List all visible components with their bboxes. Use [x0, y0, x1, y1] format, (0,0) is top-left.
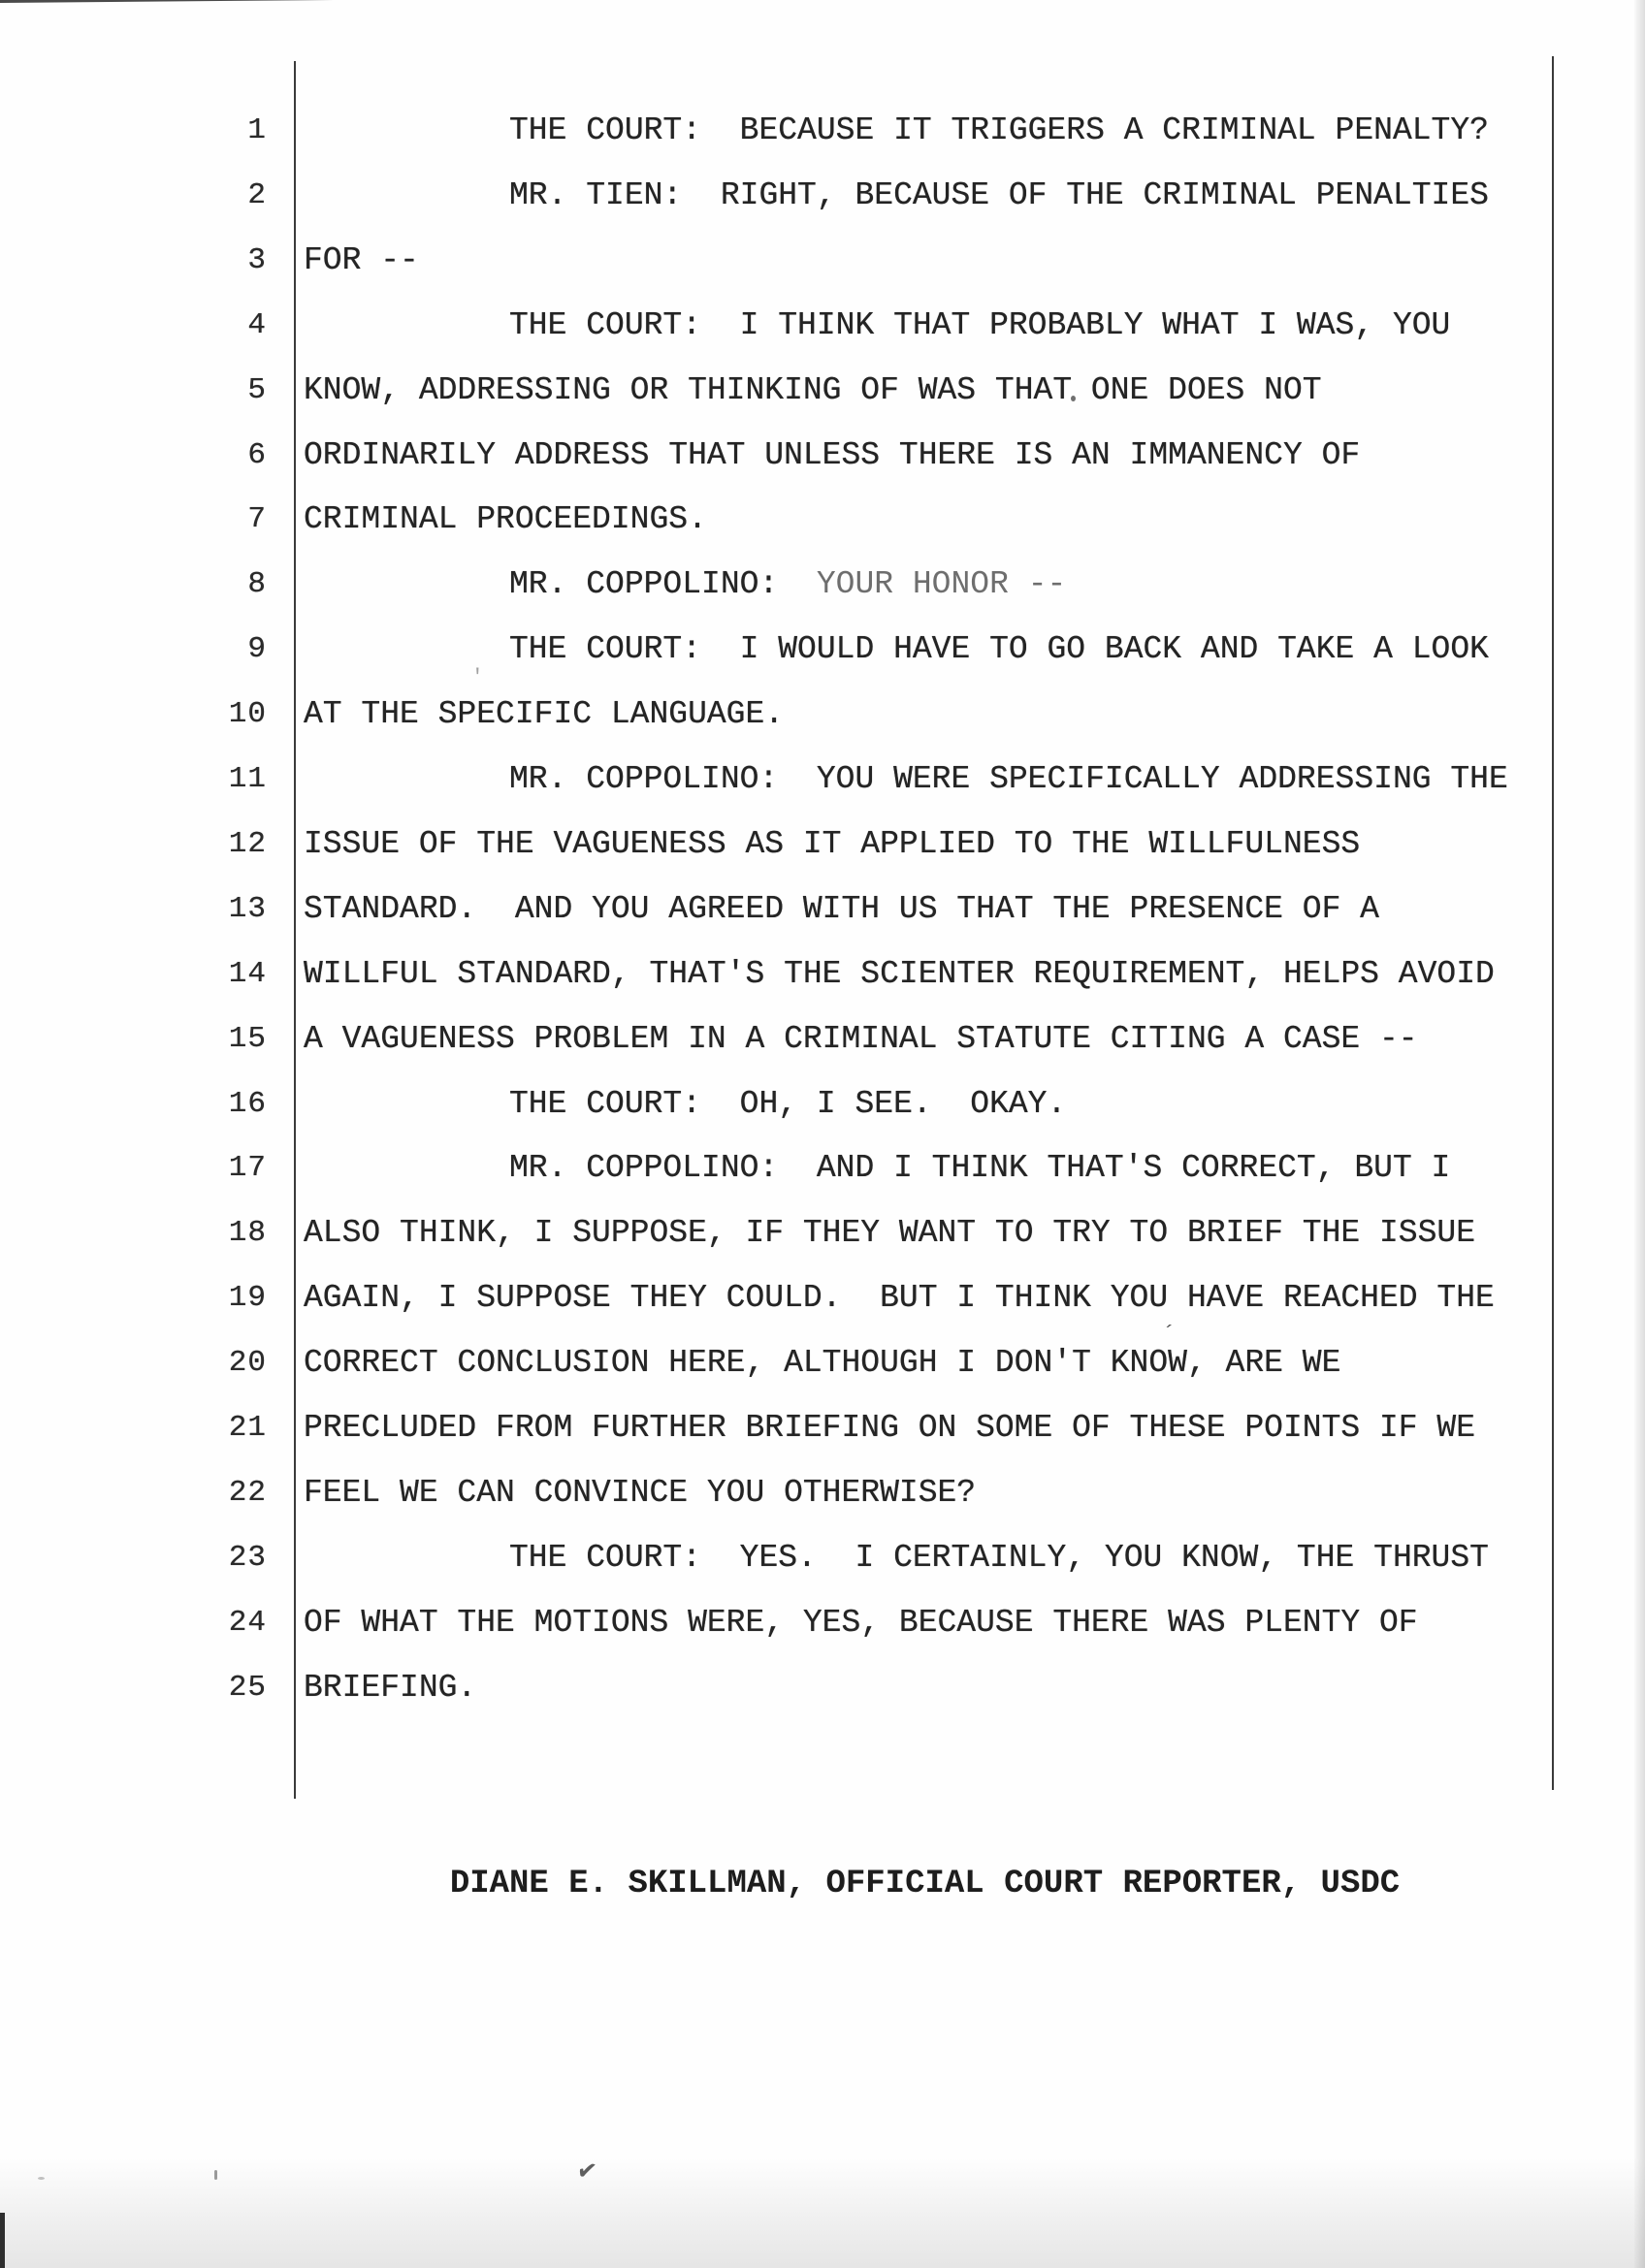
line-text: WILLFUL STANDARD, THAT'S THE SCIENTER RE…	[304, 951, 1495, 998]
line-text: THE COURT: I WOULD HAVE TO GO BACK AND T…	[304, 626, 1489, 673]
line-number: 10	[165, 691, 267, 738]
transcript-line: 8MR. COPPOLINO: YOUR HONOR --	[0, 561, 1645, 608]
line-number: 25	[165, 1665, 267, 1711]
line-text: THE COURT: OH, I SEE. OKAY.	[304, 1081, 1066, 1128]
line-text: ALSO THINK, I SUPPOSE, IF THEY WANT TO T…	[304, 1210, 1475, 1257]
line-number: 6	[165, 432, 267, 479]
line-text: CORRECT CONCLUSION HERE, ALTHOUGH I DON'…	[304, 1340, 1340, 1387]
line-text: FEEL WE CAN CONVINCE YOU OTHERWISE?	[304, 1470, 976, 1517]
line-text-faded: YOUR HONOR --	[817, 566, 1066, 602]
transcript-line: 22FEEL WE CAN CONVINCE YOU OTHERWISE?	[0, 1470, 1645, 1517]
transcript-line: 5KNOW, ADDRESSING OR THINKING OF WAS THA…	[0, 367, 1645, 414]
ink-speck	[214, 2170, 217, 2180]
transcript-line: 10AT THE SPECIFIC LANGUAGE.	[0, 691, 1645, 738]
transcript-line: 17MR. COPPOLINO: AND I THINK THAT'S CORR…	[0, 1145, 1645, 1192]
line-number: 5	[165, 367, 267, 414]
line-number: 21	[165, 1405, 267, 1452]
ink-speck	[38, 2177, 45, 2180]
line-text: PRECLUDED FROM FURTHER BRIEFING ON SOME …	[304, 1405, 1475, 1452]
scan-left-edge-mark	[0, 2213, 5, 2268]
transcript-line: 16THE COURT: OH, I SEE. OKAY.	[0, 1081, 1645, 1128]
transcript-line: 2MR. TIEN: RIGHT, BECAUSE OF THE CRIMINA…	[0, 173, 1645, 219]
line-text: FOR --	[304, 238, 419, 284]
line-text: ISSUE OF THE VAGUENESS AS IT APPLIED TO …	[304, 821, 1360, 868]
ink-mark-apostrophe: ´	[1162, 1323, 1176, 1349]
transcript-page: 1THE COURT: BECAUSE IT TRIGGERS A CRIMIN…	[0, 0, 1645, 2268]
line-number: 15	[165, 1016, 267, 1063]
transcript-line: 24OF WHAT THE MOTIONS WERE, YES, BECAUSE…	[0, 1600, 1645, 1646]
line-number: 8	[165, 561, 267, 608]
transcript-line: 25BRIEFING.	[0, 1665, 1645, 1711]
line-text: THE COURT: I THINK THAT PROBABLY WHAT I …	[304, 303, 1450, 349]
line-text: STANDARD. AND YOU AGREED WITH US THAT TH…	[304, 886, 1379, 933]
line-number: 20	[165, 1340, 267, 1387]
line-number: 14	[165, 951, 267, 998]
line-number: 19	[165, 1275, 267, 1322]
line-text: A VAGUENESS PROBLEM IN A CRIMINAL STATUT…	[304, 1016, 1418, 1063]
line-number: 18	[165, 1210, 267, 1257]
ink-speck	[1071, 396, 1076, 401]
line-text: THE COURT: YES. I CERTAINLY, YOU KNOW, T…	[304, 1535, 1489, 1581]
transcript-line: 9THE COURT: I WOULD HAVE TO GO BACK AND …	[0, 626, 1645, 673]
transcript-line: 6ORDINARILY ADDRESS THAT UNLESS THERE IS…	[0, 432, 1645, 479]
line-text: CRIMINAL PROCEEDINGS.	[304, 496, 707, 543]
transcript-line: 11MR. COPPOLINO: YOU WERE SPECIFICALLY A…	[0, 756, 1645, 803]
transcript-line: 23THE COURT: YES. I CERTAINLY, YOU KNOW,…	[0, 1535, 1645, 1581]
transcript-line: 13STANDARD. AND YOU AGREED WITH US THAT …	[0, 886, 1645, 933]
line-text: KNOW, ADDRESSING OR THINKING OF WAS THAT…	[304, 367, 1322, 414]
line-text-main: MR. COPPOLINO:	[509, 566, 817, 602]
transcript-line: 1THE COURT: BECAUSE IT TRIGGERS A CRIMIN…	[0, 108, 1645, 154]
transcript-line: 14WILLFUL STANDARD, THAT'S THE SCIENTER …	[0, 951, 1645, 998]
reporter-footer: DIANE E. SKILLMAN, OFFICIAL COURT REPORT…	[296, 1861, 1554, 1907]
line-number: 17	[165, 1145, 267, 1192]
line-text: MR. TIEN: RIGHT, BECAUSE OF THE CRIMINAL…	[304, 173, 1489, 219]
transcript-line: 12ISSUE OF THE VAGUENESS AS IT APPLIED T…	[0, 821, 1645, 868]
line-number: 12	[165, 821, 267, 868]
transcript-line: 3FOR --	[0, 238, 1645, 284]
transcript-line: 4THE COURT: I THINK THAT PROBABLY WHAT I…	[0, 303, 1645, 349]
line-number: 7	[165, 496, 267, 543]
line-number: 1	[165, 108, 267, 154]
line-number: 16	[165, 1081, 267, 1128]
line-number: 4	[165, 303, 267, 349]
line-text: AGAIN, I SUPPOSE THEY COULD. BUT I THINK…	[304, 1275, 1495, 1322]
transcript-line: 7CRIMINAL PROCEEDINGS.	[0, 496, 1645, 543]
scan-right-edge-shadow	[1634, 0, 1645, 2268]
line-number: 22	[165, 1470, 267, 1517]
line-number: 9	[165, 626, 267, 673]
line-number: 24	[165, 1600, 267, 1646]
line-text: OF WHAT THE MOTIONS WERE, YES, BECAUSE T…	[304, 1600, 1418, 1646]
transcript-line: 15A VAGUENESS PROBLEM IN A CRIMINAL STAT…	[0, 1016, 1645, 1063]
line-text: MR. COPPOLINO: YOU WERE SPECIFICALLY ADD…	[304, 756, 1508, 803]
line-text: MR. COPPOLINO: YOUR HONOR --	[304, 561, 1066, 608]
transcript-line: 18ALSO THINK, I SUPPOSE, IF THEY WANT TO…	[0, 1210, 1645, 1257]
line-number: 11	[165, 756, 267, 803]
line-text: AT THE SPECIFIC LANGUAGE.	[304, 691, 784, 738]
line-number: 23	[165, 1535, 267, 1581]
scan-bottom-shadow	[0, 2157, 1645, 2268]
transcript-line: 20CORRECT CONCLUSION HERE, ALTHOUGH I DO…	[0, 1340, 1645, 1387]
line-text: ORDINARILY ADDRESS THAT UNLESS THERE IS …	[304, 432, 1360, 479]
ink-mark-tick: '	[471, 667, 484, 689]
line-number: 13	[165, 886, 267, 933]
line-number: 2	[165, 173, 267, 219]
line-text: BRIEFING.	[304, 1665, 476, 1711]
line-text: MR. COPPOLINO: AND I THINK THAT'S CORREC…	[304, 1145, 1450, 1192]
line-number: 3	[165, 238, 267, 284]
box-bottom-rule	[0, 0, 1260, 3]
transcript-line: 19AGAIN, I SUPPOSE THEY COULD. BUT I THI…	[0, 1275, 1645, 1322]
transcript-line: 21PRECLUDED FROM FURTHER BRIEFING ON SOM…	[0, 1405, 1645, 1452]
line-text: THE COURT: BECAUSE IT TRIGGERS A CRIMINA…	[304, 108, 1489, 154]
